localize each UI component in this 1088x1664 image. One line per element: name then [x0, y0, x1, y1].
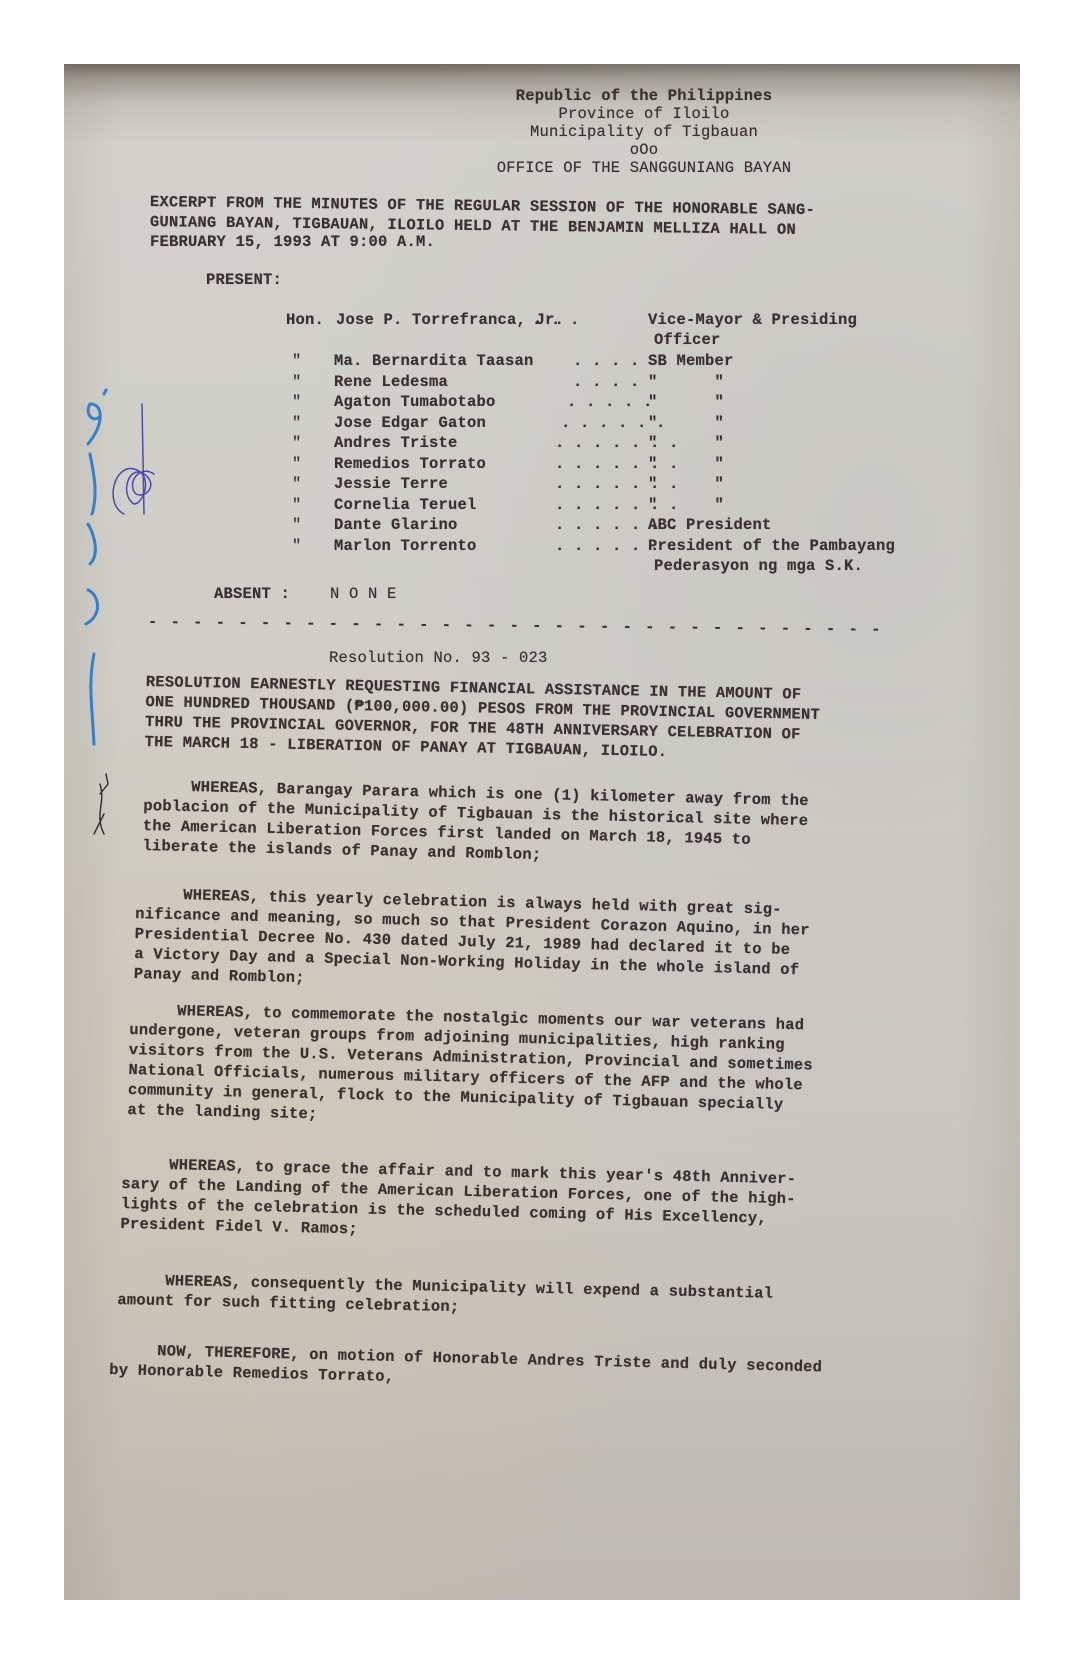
header-republic: Republic of the Philippines — [394, 86, 894, 106]
attendee-name: Jose Edgar Gaton — [334, 413, 486, 433]
scanned-document: Republic of the Philippines Province of … — [64, 64, 1020, 1600]
attendee-name: Jose P. Torrefranca, Jr. — [336, 310, 564, 330]
attendee-name: Dante Glarino — [334, 515, 458, 535]
attendee-position: " " — [648, 495, 724, 515]
attendee-dots: . . . — [532, 310, 580, 330]
resolution-number: Resolution No. 93 - 023 — [329, 648, 548, 668]
header-office: OFFICE OF THE SANGGUNIANG BAYAN — [394, 158, 894, 178]
attendee-name: Cornelia Teruel — [334, 495, 477, 515]
attendee-prefix: " — [292, 495, 302, 515]
attendee-prefix: " — [292, 372, 302, 392]
attendee-prefix: " — [292, 515, 302, 535]
whereas-paragraph: WHEREAS, to commemorate the nostalgic mo… — [127, 1000, 814, 1135]
resolution-title: RESOLUTION EARNESTLY REQUESTING FINANCIA… — [144, 672, 820, 765]
attendee-prefix: " — [292, 392, 302, 412]
attendee-name: Ma. Bernardita Taasan — [334, 351, 534, 371]
header-province: Province of Iloilo — [394, 104, 894, 124]
attendee-position: " " — [648, 433, 724, 453]
attendee-name: Rene Ledesma — [334, 372, 448, 392]
attendee-position: " " — [648, 454, 724, 474]
whereas-paragraph: WHEREAS, to grace the affair and to mark… — [120, 1154, 796, 1249]
whereas-paragraph: NOW, THEREFORE, on motion of Honorable A… — [109, 1340, 822, 1397]
whereas-paragraph: WHEREAS, this yearly celebration is alwa… — [134, 884, 811, 1000]
excerpt-line: FEBRUARY 15, 1993 AT 9:00 A.M. — [150, 232, 435, 252]
attendee-name: Marlon Torrento — [334, 536, 477, 556]
attendee-position: " " — [648, 392, 724, 412]
attendee-name: Remedios Torrato — [334, 454, 486, 474]
attendee-dots: . . . . — [573, 372, 640, 392]
attendee-position: " " — [648, 413, 724, 433]
attendee-prefix: " — [292, 536, 302, 556]
attendee-name: Jessie Terre — [334, 474, 448, 494]
attendee-position-cont: Pederasyon ng mga S.K. — [654, 556, 863, 576]
attendee-prefix: " — [292, 454, 302, 474]
attendee-position: Vice-Mayor & Presiding — [648, 310, 857, 330]
present-label: PRESENT: — [206, 270, 282, 290]
attendee-position: " " — [648, 474, 724, 494]
attendee-position-cont: Officer — [654, 330, 721, 350]
absent-value: N O N E — [330, 584, 397, 604]
whereas-paragraph: WHEREAS, consequently the Municipality w… — [117, 1270, 773, 1324]
separator-line: - - - - - - - - - - - - - - - - - - - - … — [148, 612, 883, 640]
attendee-prefix: " — [292, 351, 302, 371]
header-municipality: Municipality of Tigbauan — [394, 122, 894, 142]
header-ornament: oOo — [394, 140, 894, 160]
attendee-name: Agaton Tumabotabo — [334, 392, 496, 412]
attendee-prefix: " — [292, 413, 302, 433]
attendee-prefix: Hon. — [286, 310, 324, 330]
attendee-position: SB Member — [648, 351, 734, 371]
attendee-position: ABC President — [648, 515, 772, 535]
attendee-position: " " — [648, 372, 724, 392]
whereas-paragraph: WHEREAS, Barangay Parara which is one (1… — [142, 776, 809, 871]
attendee-prefix: " — [292, 474, 302, 494]
attendee-dots: . . . . — [573, 351, 640, 371]
attendee-name: Andres Triste — [334, 433, 458, 453]
handwritten-signature-icon — [64, 364, 184, 884]
absent-label: ABSENT : — [214, 584, 290, 604]
attendee-prefix: " — [292, 433, 302, 453]
attendee-dots: . . . . . — [567, 392, 653, 412]
attendee-position: President of the Pambayang — [648, 536, 895, 556]
